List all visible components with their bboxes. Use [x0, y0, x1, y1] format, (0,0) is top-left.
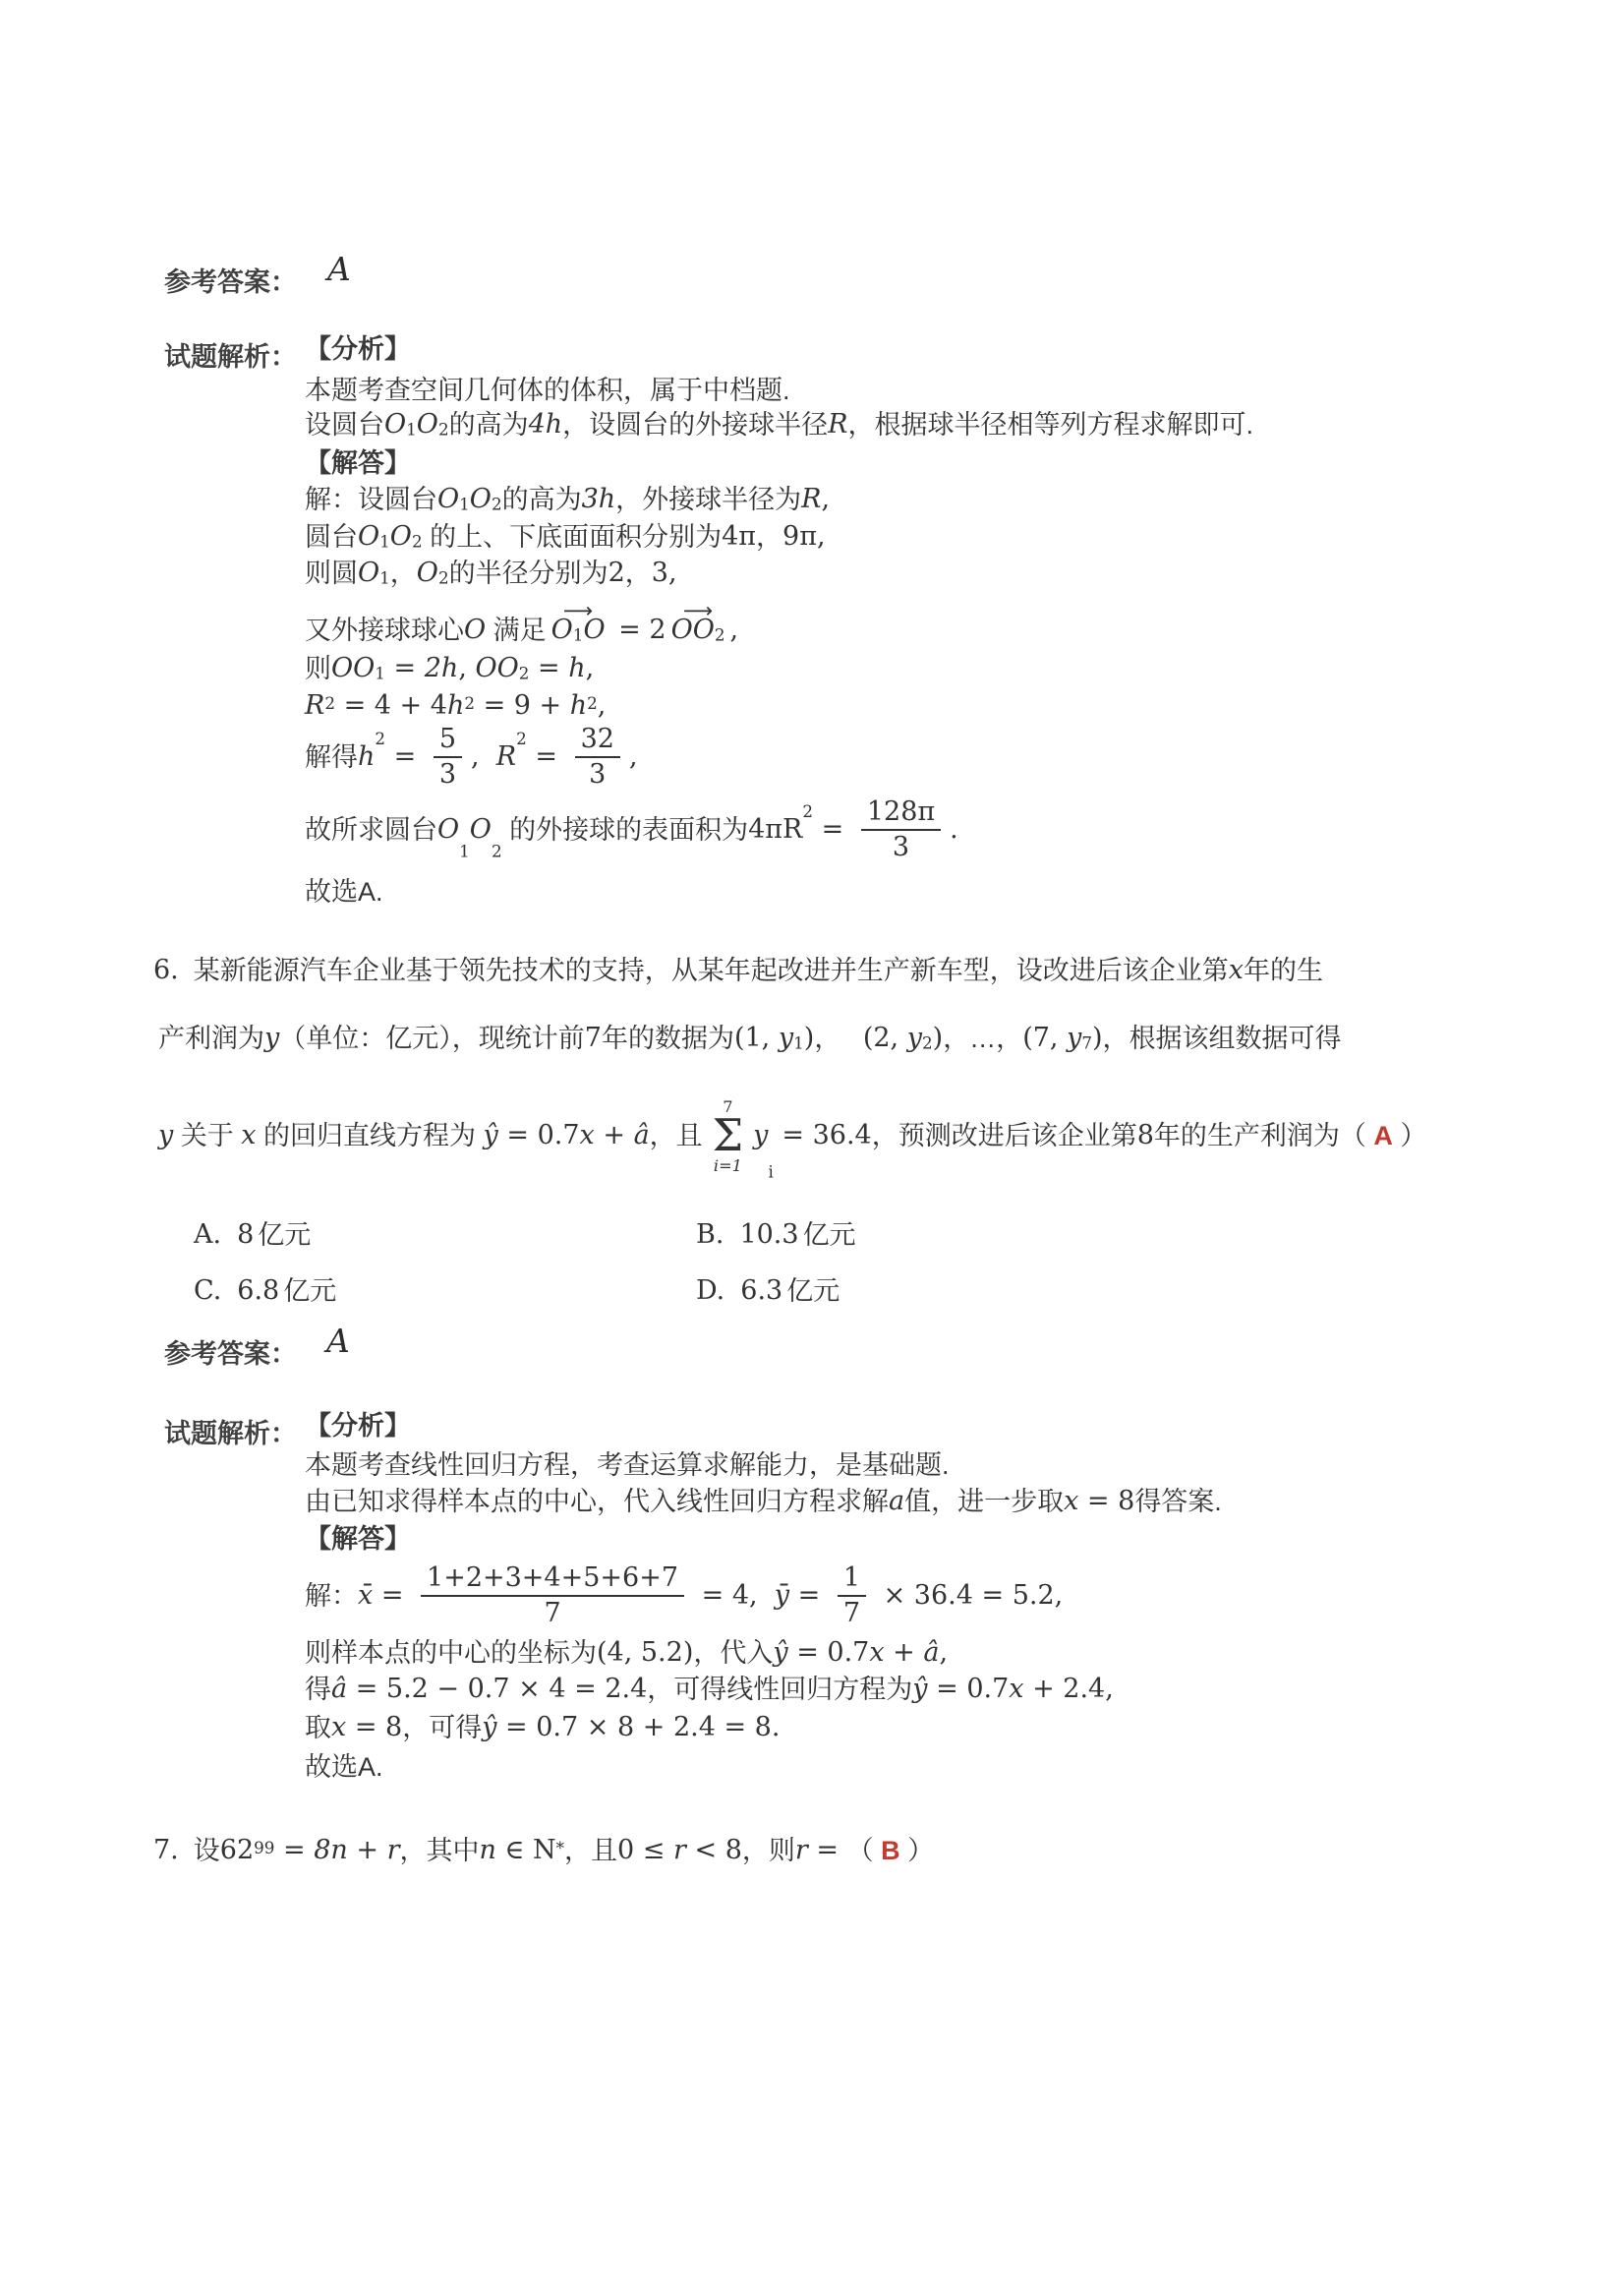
option-d-unit: 亿元 — [786, 1275, 840, 1307]
q6-analysis-line-2: 由已知求得样本点的中心，代入线性回归方程求解a值，进一步取x = 8得答案. — [305, 1486, 1222, 1517]
q6-answer-tag: 【解答】 — [305, 1523, 411, 1555]
option-c-value: 6.8 — [237, 1275, 279, 1307]
q5-answer-tag: 【解答】 — [305, 447, 411, 479]
option-d: D.6.3亿元 — [696, 1275, 840, 1307]
document-page: 参考答案： A 试题解析： 【分析】 本题考查空间几何体的体积，属于中档题. 设… — [0, 0, 1622, 2296]
q6-conclusion: 故选A. — [305, 1751, 383, 1783]
option-b-letter: B. — [696, 1219, 724, 1251]
option-a-letter: A. — [194, 1219, 221, 1251]
option-c: C.6.8亿元 — [194, 1275, 336, 1307]
q6-solution-step: 则样本点的中心的坐标为(4, 5.2)，代入ŷ = 0.7x + â, — [305, 1637, 948, 1669]
q5-analysis-line-2: 设圆台O1O2的高为4h，设圆台的外接球半径R，根据球半径相等列方程求解即可. — [305, 409, 1253, 441]
q5-reference-answer-value: A — [327, 250, 351, 288]
question-7-line: 7. 设6299 = 8n + r，其中n ∈ N*，且0 ≤ r < 8，则r… — [153, 1835, 934, 1866]
q6-analysis-line-1: 本题考查线性回归方程，考查运算求解能力，是基础题. — [305, 1449, 950, 1481]
option-b: B.10.3亿元 — [696, 1219, 856, 1251]
q6-reference-answer-label: 参考答案： — [164, 1332, 297, 1371]
q6-reference-answer-value: A — [326, 1322, 350, 1360]
option-d-letter: D. — [696, 1275, 724, 1307]
q5-solution-step: 解：设圆台O1O2的高为3h，外接球半径为R, — [305, 484, 830, 515]
option-b-value: 10.3 — [739, 1219, 798, 1251]
option-d-value: 6.3 — [740, 1275, 782, 1307]
q5-solution-step-surface-area: 故所求圆台O1O2 的外接球的表面积为4πR2 = 128π3. — [305, 798, 958, 862]
q5-conclusion: 故选A. — [305, 876, 383, 908]
q5-solution-step: R2 = 4 + 4h2 = 9 + h2, — [305, 690, 606, 722]
q5-reference-answer-label: 参考答案： — [164, 261, 297, 299]
option-a-value: 8 — [237, 1219, 254, 1251]
option-a: A.8亿元 — [194, 1219, 311, 1251]
q5-analysis-tag: 【分析】 — [305, 333, 411, 365]
q5-solution-step-vectors: 又外接球球心O 满足O1O = 2OO2, — [305, 615, 738, 646]
q5-analysis-line-1: 本题考查空间几何体的体积，属于中档题. — [305, 375, 790, 406]
q5-solution-step: 则圆O1，O2的半径分别为2，3, — [305, 558, 677, 589]
option-b-unit: 亿元 — [803, 1219, 856, 1251]
q5-solution-step-fractions: 解得h2 = 53, R2 = 323, — [305, 726, 638, 790]
q6-solution-step: 得â = 5.2 − 0.7 × 4 = 2.4，可得线性回归方程为ŷ = 0.… — [305, 1674, 1114, 1705]
option-a-unit: 亿元 — [258, 1219, 311, 1251]
q6-analysis-tag: 【分析】 — [305, 1410, 411, 1442]
q5-solution-step: 圆台O1O2 的上、下底面面积分别为4π，9π, — [305, 521, 826, 553]
question-6-line-3: y 关于 x 的回归直线方程为 ŷ = 0.7x + â，且7Σi=1yi = … — [158, 1089, 1426, 1183]
q6-solution-step-means: 解：x̄ = 1+2+3+4+5+6+77 = 4, ȳ = 17 × 36.4… — [305, 1557, 1063, 1635]
q5-solution-label: 试题解析： — [164, 335, 297, 374]
option-c-letter: C. — [194, 1275, 221, 1307]
q6-solution-label: 试题解析： — [164, 1412, 297, 1450]
question-6-line-2: 产利润为y（单位：亿元），现统计前7年的数据为(1, y1)， (2, y2)，… — [158, 1023, 1342, 1054]
option-c-unit: 亿元 — [283, 1275, 336, 1307]
q6-solution-step: 取x = 8，可得ŷ = 0.7 × 8 + 2.4 = 8. — [305, 1712, 780, 1743]
question-6-line-1: 6. 某新能源汽车企业基于领先技术的支持，从某年起改进并生产新车型，设改进后该企… — [153, 955, 1323, 986]
q5-solution-step: 则OO1 = 2h, OO2 = h, — [305, 653, 594, 684]
